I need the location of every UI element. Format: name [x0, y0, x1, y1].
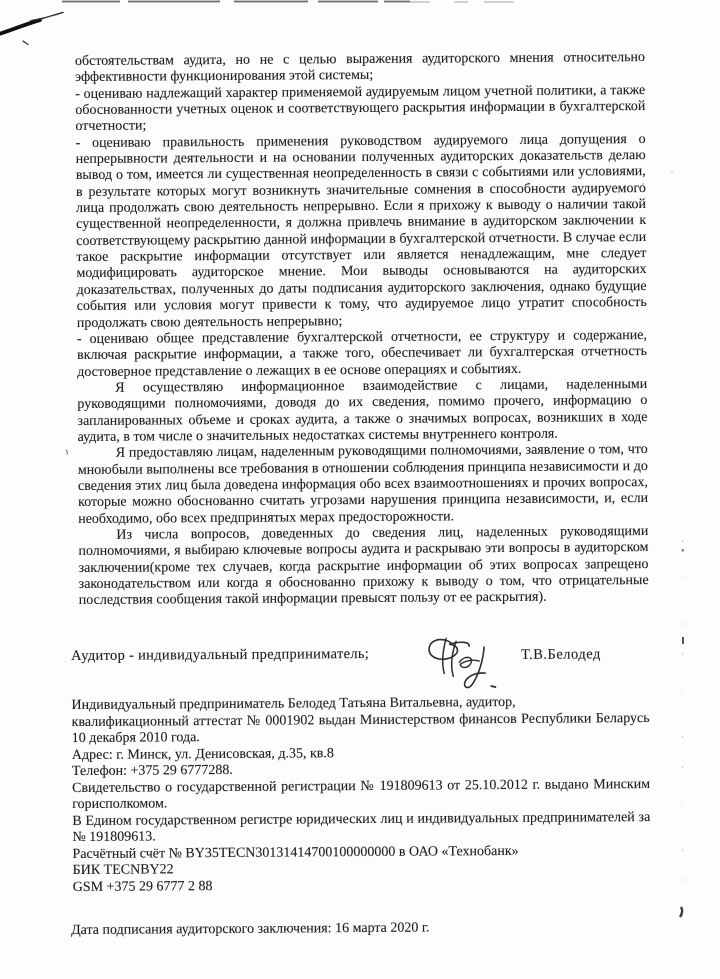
paragraph-independence-statement: Я предоставляю лицам, наделенным руковод… [78, 442, 649, 528]
auditor-title-label: Аудитор - индивидуальный предприниматель… [71, 646, 369, 665]
scanned-content: обстоятельствам аудита, но не с целью вы… [0, 0, 720, 979]
register-entry-line: В Едином государственном регистре юридич… [72, 810, 650, 847]
auditor-name: Т.В.Белодед [521, 646, 601, 664]
signing-date-line: Дата подписания аудиторского заключения:… [71, 921, 430, 940]
handwritten-signature [421, 631, 511, 698]
paragraph-key-audit-matters: Из числа вопросов, доведенных до сведени… [78, 524, 649, 610]
auditor-details: Индивидуальный предприниматель Белодед Т… [71, 694, 650, 897]
paragraph-overall-presentation: - оцениваю общее представление бухгалтер… [77, 328, 647, 381]
audit-report-body: обстоятельствам аудита, но не с целью вы… [75, 50, 649, 610]
paragraph-accounting-policy: - оцениваю надлежащий характер применяем… [75, 83, 645, 136]
state-registration-line: Свидетельство о государственной регистра… [72, 777, 650, 814]
gsm-line: GSM +375 29 6777 2 88 [73, 876, 651, 897]
paragraph-communication: Я осуществляю информационное взаимодейст… [77, 377, 647, 446]
paragraph-system-effectiveness: обстоятельствам аудита, но не с целью вы… [75, 50, 645, 87]
paragraph-going-concern: - оцениваю правильность применения руков… [76, 132, 647, 332]
scanned-audit-report-page: обстоятельствам аудита, но не с целью вы… [0, 0, 720, 979]
qualification-certificate-line: квалификационный аттестат № 0001902 выда… [72, 711, 650, 748]
